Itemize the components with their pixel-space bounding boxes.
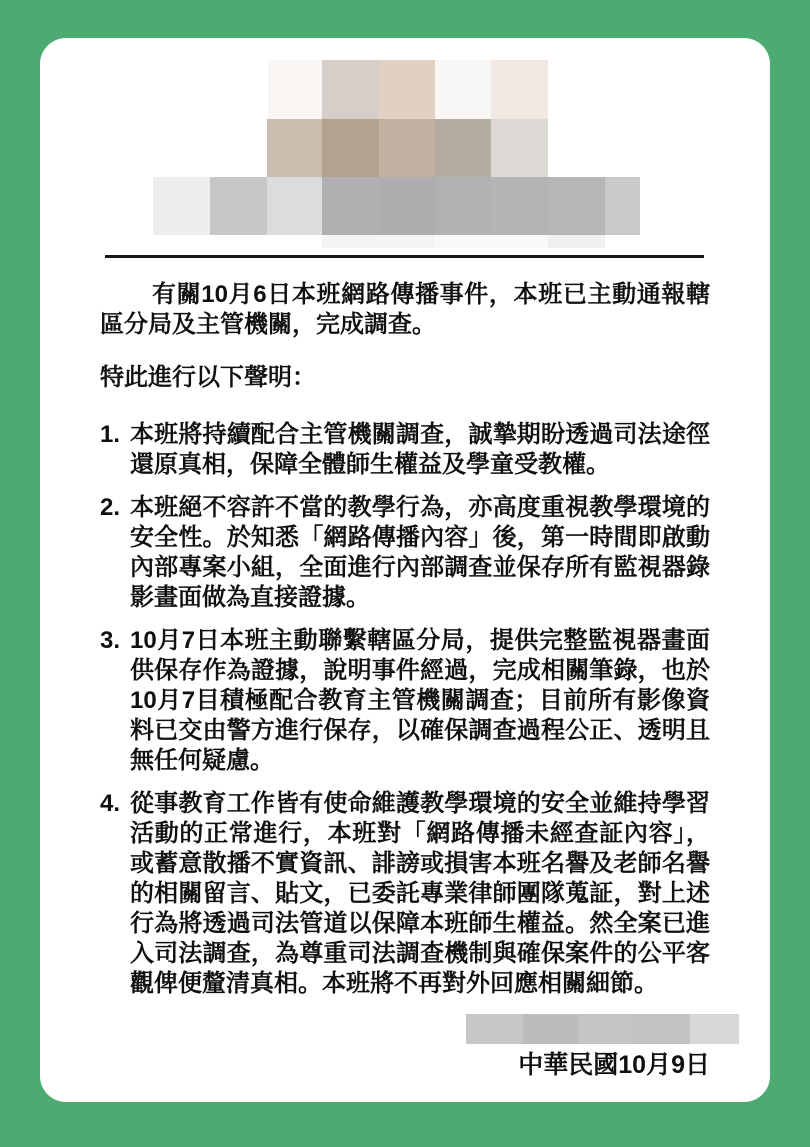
item-number: 4.: [100, 789, 130, 999]
statement-date: 中華民國10月9日: [518, 1050, 710, 1080]
item-text: 本班將持續配合主管機關調查，誠摯期盼透過司法途徑還原真相，保障全體師生權益及學童…: [130, 420, 710, 480]
redacted-pixel-block: [578, 1014, 633, 1044]
statement-card: 有關10月6日本班網路傳播事件，本班已主動通報轄區分局及主管機關，完成調查。 特…: [40, 38, 770, 1102]
item-text: 從事教育工作皆有使命維護教學環境的安全並維持學習活動的正常進行，本班對「網路傳播…: [130, 789, 710, 999]
statement-item: 4. 從事教育工作皆有使命維護教學環境的安全並維持學習活動的正常進行，本班對「網…: [100, 789, 710, 999]
redacted-pixel-block: [690, 1014, 739, 1044]
item-number: 2.: [100, 493, 130, 613]
statement-item: 1. 本班將持續配合主管機關調查，誠摯期盼透過司法途徑還原真相，保障全體師生權益…: [100, 420, 710, 480]
item-text: 本班絕不容許不當的教學行為，亦高度重視教學環境的安全性。於知悉「網路傳播內容」後…: [130, 493, 710, 613]
statement-list: 1. 本班將持續配合主管機關調查，誠摯期盼透過司法途徑還原真相，保障全體師生權益…: [100, 420, 710, 999]
item-number: 1.: [100, 420, 130, 480]
redacted-pixel-block: [466, 1014, 523, 1044]
divider-line: [105, 255, 704, 258]
item-text: 10月7日本班主動聯繫轄區分局，提供完整監視器畫面供保存作為證據，說明事件經過，…: [130, 626, 710, 776]
redacted-pixel-block: [523, 1014, 578, 1044]
statement-item: 2. 本班絕不容許不當的教學行為，亦高度重視教學環境的安全性。於知悉「網路傳播內…: [100, 493, 710, 613]
statement-body: 有關10月6日本班網路傳播事件，本班已主動通報轄區分局及主管機關，完成調查。 特…: [40, 38, 770, 999]
statement-item: 3. 10月7日本班主動聯繫轄區分局，提供完整監視器畫面供保存作為證據，說明事件…: [100, 626, 710, 776]
intro-paragraph: 有關10月6日本班網路傳播事件，本班已主動通報轄區分局及主管機關，完成調查。: [100, 280, 710, 340]
item-number: 3.: [100, 626, 130, 776]
redacted-pixel-block: [633, 1014, 690, 1044]
declaration-heading: 特此進行以下聲明：: [100, 363, 710, 393]
page-background: { "colors": { "page_background": "#4dab7…: [0, 0, 810, 1147]
